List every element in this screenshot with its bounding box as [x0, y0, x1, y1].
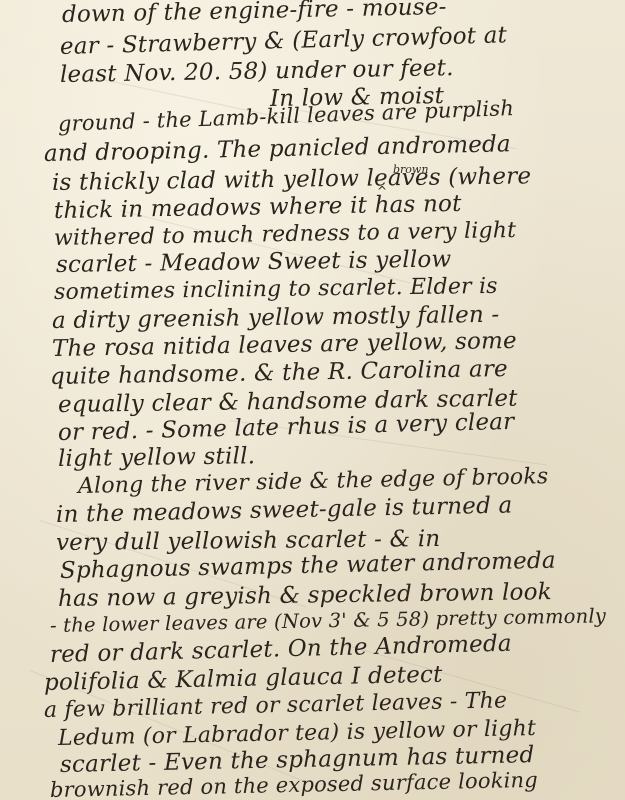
manuscript-line: scarlet - Meadow Sweet is yellow	[56, 246, 452, 278]
manuscript-line: ear - Strawberry & (Early crowfoot at	[60, 22, 508, 60]
manuscript-line: sometimes inclining to scarlet. Elder is	[54, 274, 498, 305]
manuscript-line: red or dark scarlet. On the Andromeda	[50, 631, 512, 668]
manuscript-line: light yellow still.	[58, 443, 256, 472]
manuscript-page: down of the engine-fire - mouse- ear - S…	[0, 0, 625, 800]
manuscript-line: and drooping. The panicled andromeda	[44, 131, 511, 167]
manuscript-line: quite handsome. & the R. Carolina are	[50, 356, 508, 390]
manuscript-line: down of the engine-fire - mouse-	[62, 0, 447, 28]
